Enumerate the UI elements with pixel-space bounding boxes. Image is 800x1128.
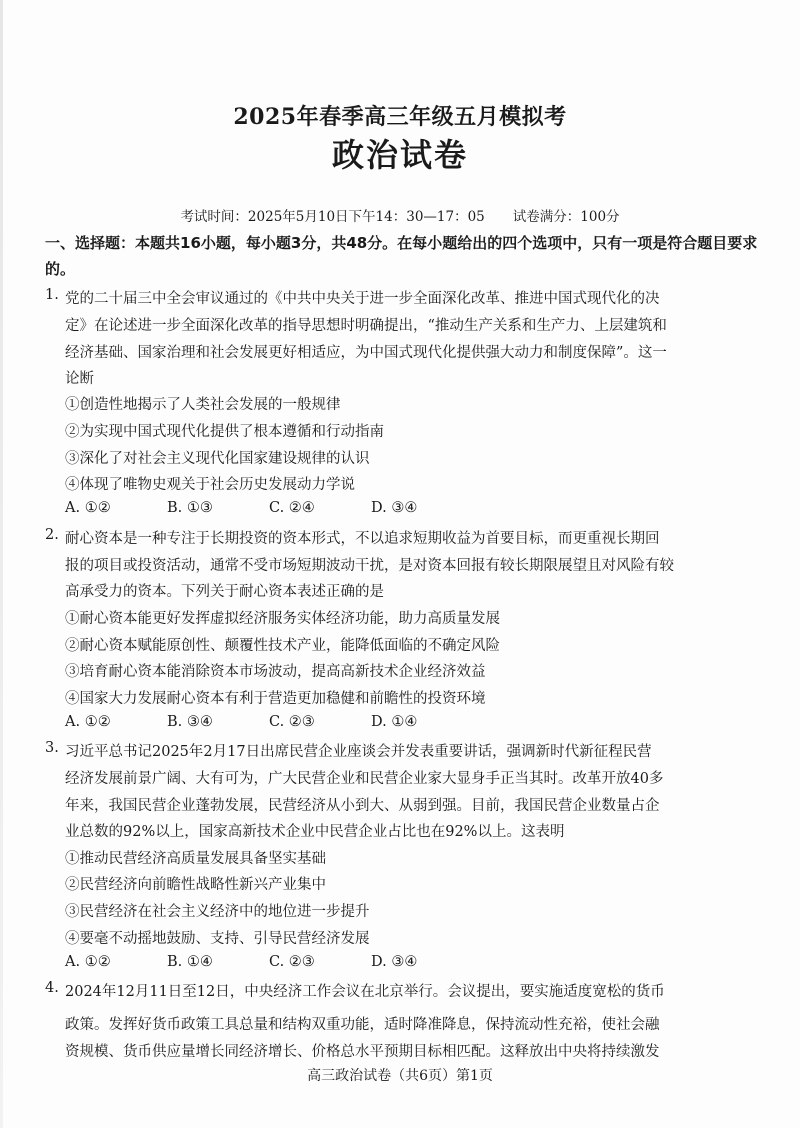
statement: ③培育耐心资本能消除资本市场波动，提高高新技术企业经济效益 bbox=[65, 660, 486, 681]
option-d[interactable]: D. ③④ bbox=[371, 954, 417, 970]
statement: ③民营经济在社会主义经济中的地位进一步提升 bbox=[65, 900, 370, 921]
section-heading: 一、选择题：本题共16小题，每小题3分，共48分。在每小题给出的四个选项中，只有… bbox=[45, 230, 760, 282]
option-a[interactable]: A. ①② bbox=[65, 714, 111, 730]
statement: ④要毫不动摇地鼓励、支持、引导民营经济发展 bbox=[65, 927, 370, 948]
question-text-line: 业总数的92%以上，国家高新技术企业中民营企业占比也在92%以上。这表明 bbox=[65, 820, 564, 841]
question-text-line: 经济基础、国家治理和社会发展更好相适应，为中国式现代化提供强大动力和制度保障”。… bbox=[65, 341, 667, 362]
question-text-line: 资规模、货币供应量增长同经济增长、价格总水平预期目标相匹配。这释放出中央将持续激… bbox=[65, 1040, 660, 1061]
exam-time: 考试时间：2025年5月10日下午14：30—17：05 bbox=[180, 209, 484, 225]
option-c[interactable]: C. ②③ bbox=[269, 954, 315, 970]
question-text-line: 年来，我国民营企业蓬勃发展，民营经济从小到大、从弱到强。目前，我国民营企业数量占… bbox=[65, 794, 660, 815]
statement: ①推动民营经济高质量发展具备坚实基础 bbox=[65, 847, 326, 868]
question-text-line: 政策。发挥好货币政策工具总量和结构双重功能，适时降准降息，保持流动性充裕，使社会… bbox=[65, 1013, 660, 1034]
question-text-line: 2024年12月11日至12日，中央经济工作会议在北京举行。会议提出，要实施适度… bbox=[65, 980, 665, 1001]
full-score: 试卷满分：100分 bbox=[513, 209, 620, 225]
exam-meta: 考试时间：2025年5月10日下午14：30—17：05试卷满分：100分 bbox=[0, 205, 800, 225]
question-number: 1. bbox=[45, 287, 59, 303]
question-number: 4. bbox=[45, 980, 59, 996]
question-text-line: 定》在论述进一步全面深化改革的指导思想时明确提出，“推动生产关系和生产力、上层建… bbox=[65, 314, 667, 335]
option-b[interactable]: B. ③④ bbox=[167, 714, 213, 730]
question-number: 3. bbox=[45, 740, 59, 756]
question-text-line: 高承受力的资本。下列关于耐心资本表述正确的是 bbox=[65, 580, 384, 601]
question-text-line: 报的项目或投资活动，通常不受市场短期波动干扰，是对资本回报有较长期限展望且对风险… bbox=[65, 554, 674, 575]
option-c[interactable]: C. ②③ bbox=[269, 714, 315, 730]
question-text-line: 耐心资本是一种专注于长期投资的资本形式，不以追求短期收益为首要目标，而更重视长期… bbox=[65, 527, 660, 548]
subject-title: 政治试卷 bbox=[0, 130, 800, 176]
option-a[interactable]: A. ①② bbox=[65, 954, 111, 970]
option-c[interactable]: C. ②④ bbox=[269, 500, 315, 516]
option-a[interactable]: A. ①② bbox=[65, 500, 111, 516]
question-text-line: 习近平总书记2025年2月17日出席民营企业座谈会并发表重要讲话，强调新时代新征… bbox=[65, 740, 652, 761]
statement: ③深化了对社会主义现代化国家建设规律的认识 bbox=[65, 447, 370, 468]
statement: ①耐心资本能更好发挥虚拟经济服务实体经济功能，助力高质量发展 bbox=[65, 607, 500, 628]
statement: ②民营经济向前瞻性战略性新兴产业集中 bbox=[65, 873, 326, 894]
statement: ②为实现中国式现代化提供了根本遵循和行动指南 bbox=[65, 420, 384, 441]
page-footer: 高三政治试卷（共6页）第1页 bbox=[0, 1065, 800, 1085]
question-text-line: 党的二十届三中全会审议通过的《中共中央关于进一步全面深化改革、推进中国式现代化的… bbox=[65, 287, 660, 308]
option-b[interactable]: B. ①③ bbox=[167, 500, 213, 516]
option-d[interactable]: D. ①④ bbox=[371, 714, 417, 730]
option-b[interactable]: B. ①④ bbox=[167, 954, 213, 970]
statement: ①创造性地揭示了人类社会发展的一般规律 bbox=[65, 393, 341, 414]
question-text-line: 经济发展前景广阔、大有可为，广大民营企业和民营企业家大显身手正当其时。改革开放4… bbox=[65, 767, 663, 788]
exam-title: 2025年春季高三年级五月模拟考 bbox=[0, 100, 800, 131]
question-text-line: 论断 bbox=[65, 367, 94, 388]
statement: ②耐心资本赋能原创性、颠覆性技术产业，能降低面临的不确定风险 bbox=[65, 634, 500, 655]
question-number: 2. bbox=[45, 527, 59, 543]
statement: ④国家大力发展耐心资本有利于营造更加稳健和前瞻性的投资环境 bbox=[65, 687, 486, 708]
option-d[interactable]: D. ③④ bbox=[371, 500, 417, 516]
statement: ④体现了唯物史观关于社会历史发展动力学说 bbox=[65, 473, 355, 494]
